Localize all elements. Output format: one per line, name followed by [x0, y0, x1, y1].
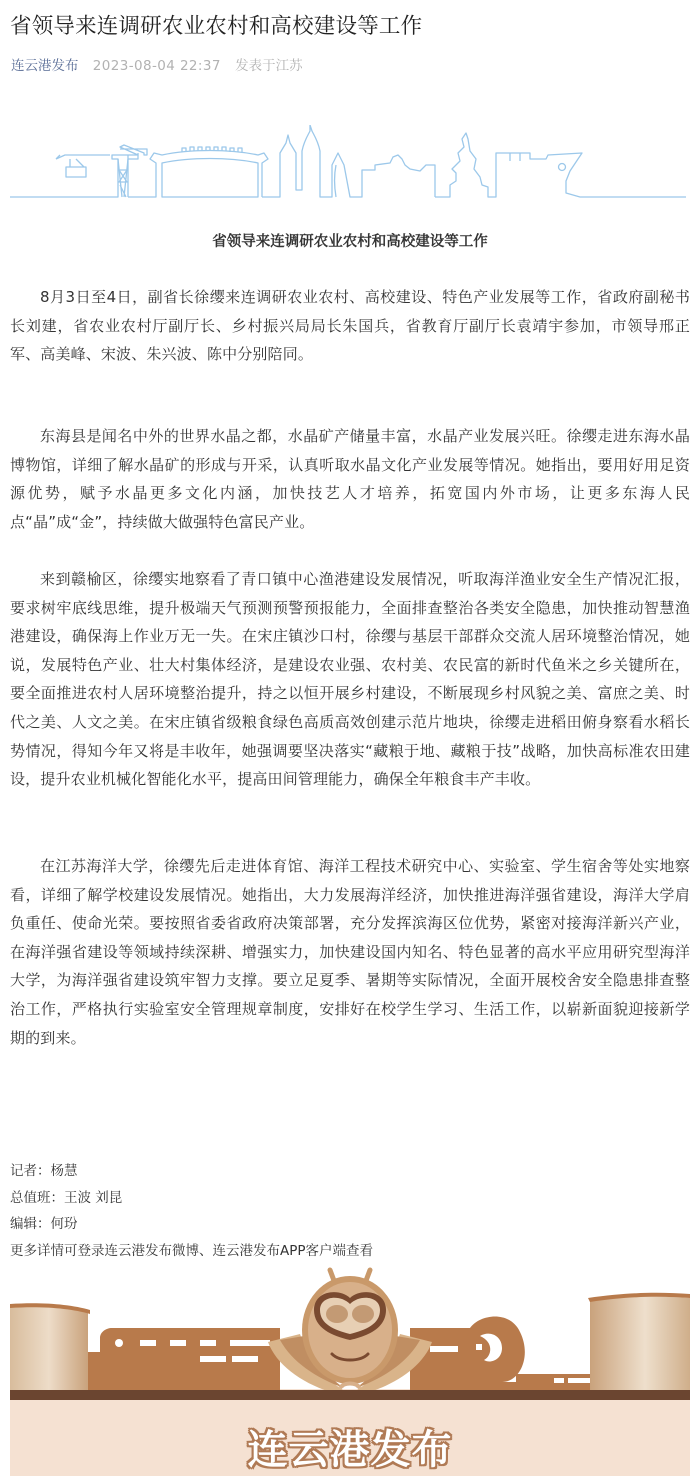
footer-banner: 连云港发布 [10, 1264, 690, 1476]
credits: 记者：杨慧 总值班：王波 刘昆 编辑：何玢 更多详情可登录连云港发布微博、连云港… [10, 1158, 373, 1264]
chief-on-duty-credit: 总值班：王波 刘昆 [10, 1185, 373, 1212]
mascot-mask-emblem-icon [10, 1264, 690, 1404]
city-skyline-illustration-icon [10, 125, 690, 200]
banner-stripe [10, 1390, 690, 1400]
article-meta: 连云港发布 2023-08-04 22:37 发表于江苏 [11, 56, 303, 76]
paragraph-2: 东海县是闻名中外的世界水晶之都，水晶矿产储量丰富，水晶产业发展兴旺。徐缨走进东海… [10, 422, 690, 536]
paragraph-3: 来到赣榆区，徐缨实地察看了青口镇中心渔港建设发展情况，听取海洋渔业安全生产情况汇… [10, 565, 690, 794]
paragraph-4: 在江苏海洋大学，徐缨先后走进体育馆、海洋工程技术研究中心、实验室、学生宿舍等处实… [10, 852, 690, 1052]
publish-location: 发表于江苏 [235, 58, 303, 74]
content-heading: 省领导来连调研农业农村和高校建设等工作 [0, 231, 700, 253]
reporter-credit: 记者：杨慧 [10, 1158, 373, 1185]
banner-title: 连云港发布 [10, 1424, 690, 1476]
more-info-note: 更多详情可登录连云港发布微博、连云港发布APP客户端查看 [10, 1238, 373, 1265]
account-name-link[interactable]: 连云港发布 [11, 58, 79, 74]
editor-credit: 编辑：何玢 [10, 1211, 373, 1238]
paragraph-1: 8月3日至4日，副省长徐缨来连调研农业农村、高校建设、特色产业发展等工作，省政府… [10, 283, 690, 369]
publish-time: 2023-08-04 22:37 [93, 58, 221, 74]
article-title: 省领导来连调研农业农村和高校建设等工作 [10, 12, 422, 42]
